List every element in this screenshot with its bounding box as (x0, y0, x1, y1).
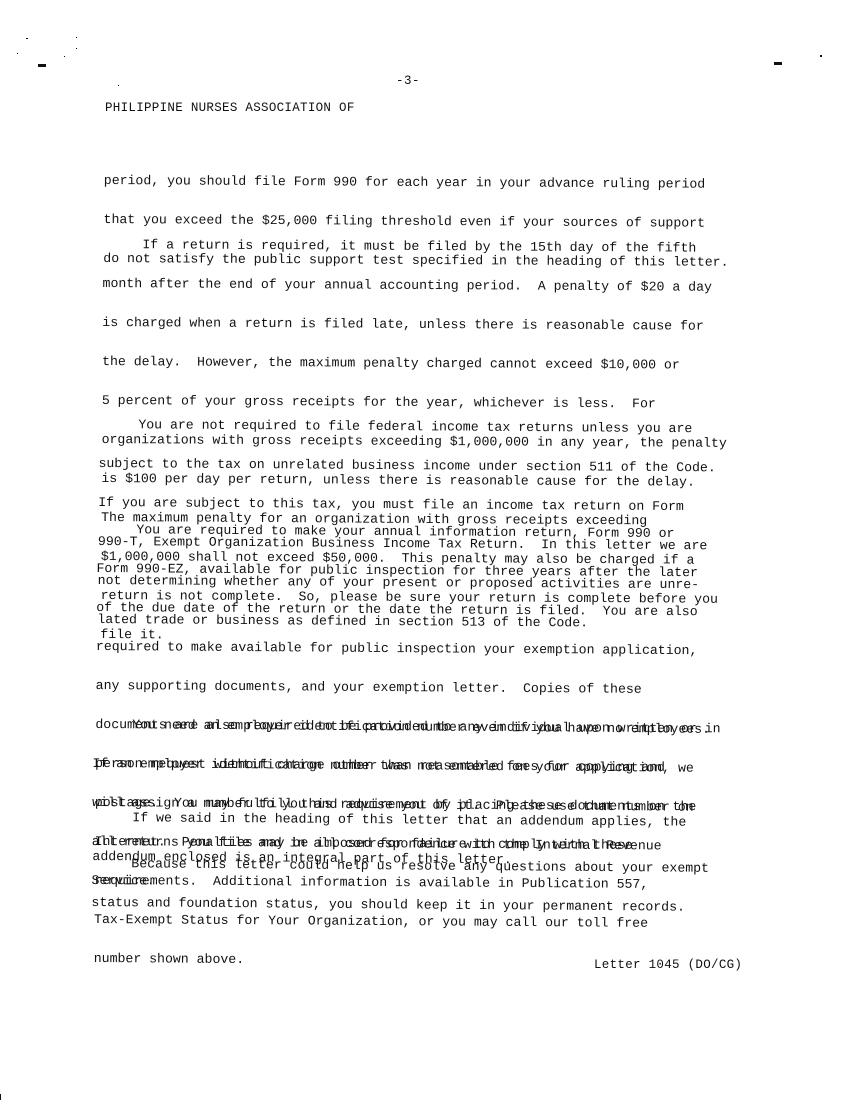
text-line: Because this letter could help us resolv… (92, 857, 709, 875)
text-line: You are not required to file federal inc… (99, 418, 716, 435)
paragraph-records: Because this letter could help us resolv… (91, 831, 709, 940)
scan-artifact-dot (76, 37, 77, 38)
scan-artifact-mark (38, 64, 46, 67)
text-line: Form 990-EZ, available for public inspec… (96, 562, 721, 579)
scan-artifact-dot (26, 38, 28, 39)
text-line: If a return is required, it must be file… (103, 238, 728, 255)
text-line: subject to the tax on unrelated business… (98, 457, 715, 474)
letter-form-id: Letter 1045 (DO/CG) (594, 958, 742, 972)
text-line: You are required to make your annual inf… (97, 523, 722, 540)
document-page: -3- PHILIPPINE NURSES ASSOCIATION OF per… (0, 0, 847, 1100)
text-line: month after the end of your annual accou… (103, 277, 728, 294)
text-line: If we said in the heading of this letter… (93, 811, 687, 829)
scan-artifact-dot (17, 53, 18, 54)
scan-artifact-dot (64, 56, 65, 57)
scan-artifact-dot (118, 85, 119, 86)
addressee-heading: PHILIPPINE NURSES ASSOCIATION OF (105, 101, 355, 115)
text-line: the delay. However, the maximum penalty … (102, 355, 727, 372)
scan-artifact-mark (774, 62, 782, 65)
text-line: period, you should file Form 990 for eac… (104, 174, 729, 191)
scan-artifact-dot (76, 48, 77, 49)
page-number: -3- (396, 74, 420, 88)
text-line: of the due date of the return or the dat… (96, 601, 721, 618)
text-line: required to make available for public in… (96, 640, 721, 657)
text-line: You need an employer identification numb… (93, 718, 710, 736)
text-line: is charged when a return is filed late, … (102, 316, 727, 333)
text-line: If an employer identification number was… (92, 757, 709, 775)
scan-artifact-dot (820, 55, 822, 57)
text-line: status and foundation status, you should… (91, 896, 708, 914)
scan-artifact-dot (0, 1094, 1, 1100)
